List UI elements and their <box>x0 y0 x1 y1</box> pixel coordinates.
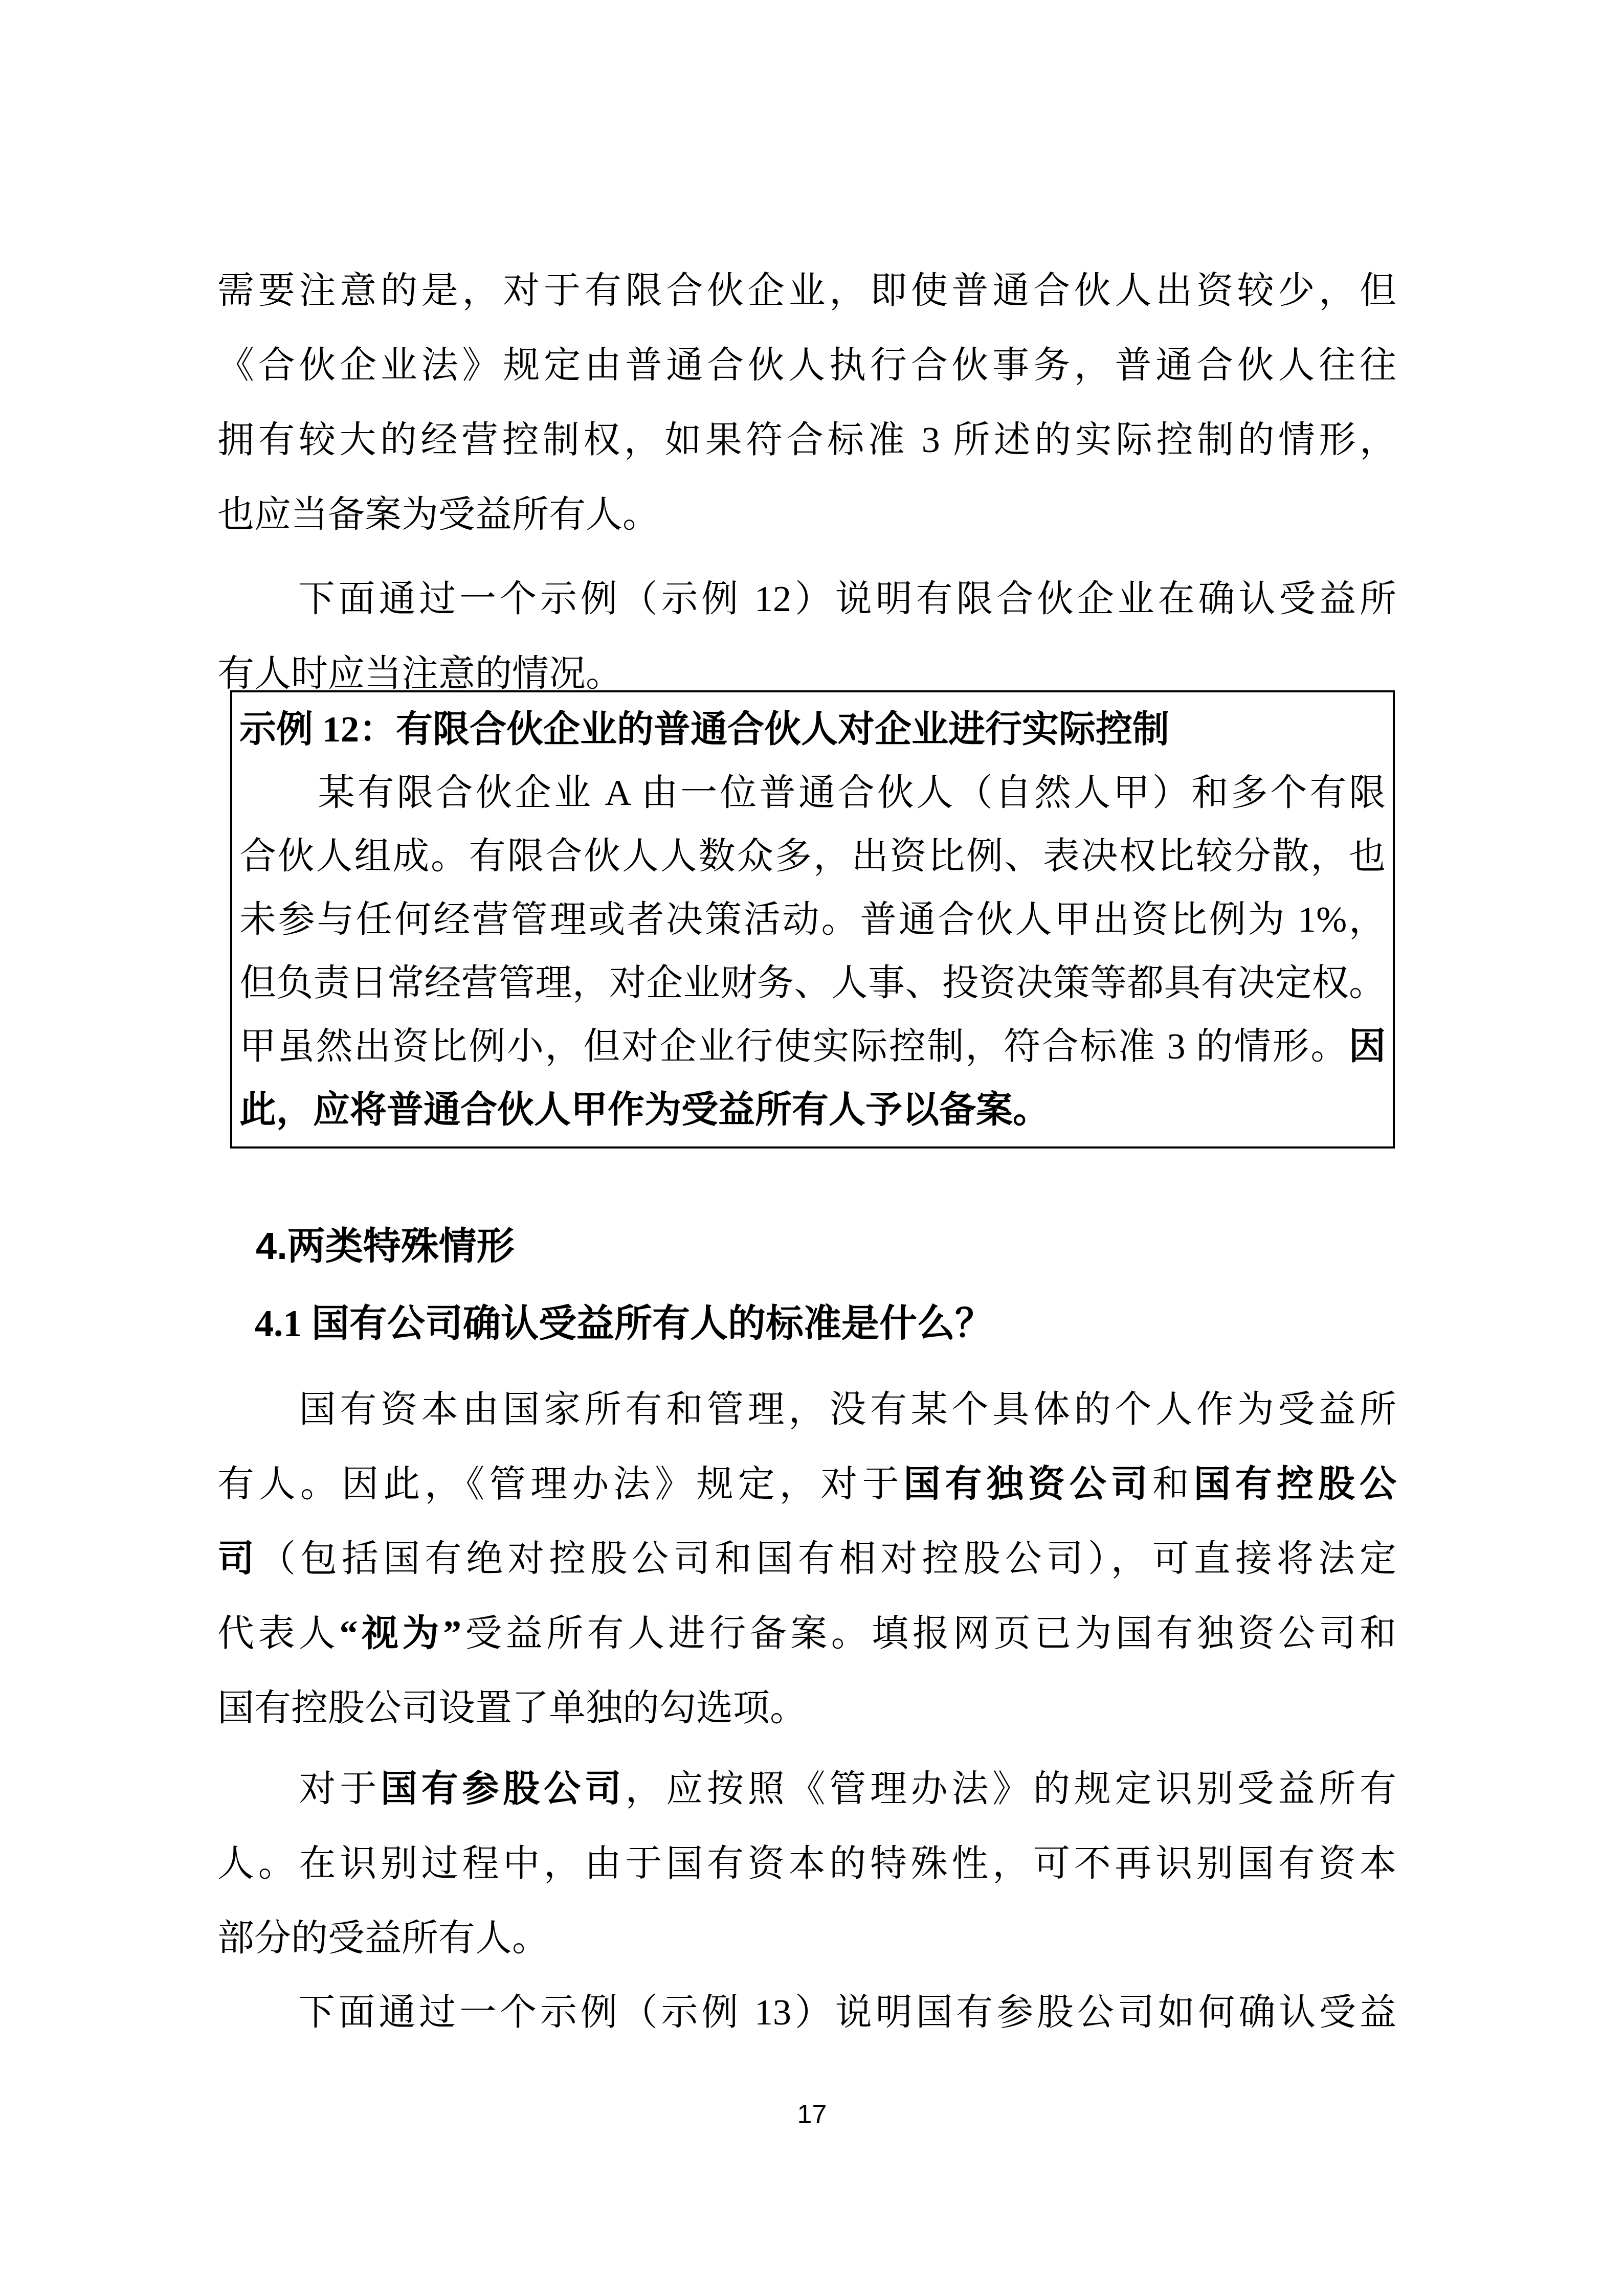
bold-text-run: “视为” <box>339 1613 461 1654</box>
text-run: 有人。因此，《管理办法》规定，对于 <box>217 1464 904 1504</box>
document-page: 需要注意的是，对于有限合伙企业，即使普通合伙人出资较少，但《合伙企业法》规定由普… <box>0 0 1624 2296</box>
text-line: 下面通过一个示例（示例 12）说明有限合伙企业在确认受益所 <box>217 561 1396 636</box>
text-run: （包括国有绝对控股公司和国有相对控股公司），可直接将法定 <box>259 1538 1396 1579</box>
bold-text-run: 国有参股公司 <box>381 1768 626 1809</box>
text-run: 合伙人组成。有限合伙人人数众多，出资比例、表决权比较分散，也 <box>239 836 1386 876</box>
text-line: 也应当备案为受益所有人。 <box>217 477 1396 552</box>
text-line: 拥有较大的经营控制权，如果符合标准 3 所述的实际控制的情形， <box>217 402 1396 477</box>
text-run: 需要注意的是，对于有限合伙企业，即使普通合伙人出资较少，但 <box>217 270 1396 311</box>
example-box-title: 示例 12：有限合伙企业的普通合伙人对企业进行实际控制 <box>239 697 1386 761</box>
bold-text-run: 国有独资公司 <box>904 1464 1152 1504</box>
bold-text-run: 因 <box>1349 1026 1386 1067</box>
text-run: 有人时应当注意的情况。 <box>217 653 622 694</box>
example-box-body: 某有限合伙企业 A 由一位普通合伙人（自然人甲）和多个有限合伙人组成。有限合伙人… <box>239 761 1386 1141</box>
text-run: 国有控股公司设置了单独的勾选项。 <box>217 1687 807 1728</box>
paragraph-example-13-intro: 下面通过一个示例（示例 13）说明国有参股公司如何确认受益 <box>217 1975 1396 2050</box>
text-line: 合伙人组成。有限合伙人人数众多，出资比例、表决权比较分散，也 <box>239 824 1386 888</box>
text-run: 但负责日常经营管理，对企业财务、人事、投资决策等都具有决定权。 <box>239 962 1386 1003</box>
text-line: 代表人“视为”受益所有人进行备案。填报网页已为国有独资公司和 <box>217 1596 1396 1671</box>
bold-text-run: 此，应将普通合伙人甲作为受益所有人予以备案。 <box>239 1089 1050 1130</box>
text-line: 对于国有参股公司，应按照《管理办法》的规定识别受益所有 <box>217 1751 1396 1826</box>
page-number: 17 <box>0 2099 1624 2130</box>
bold-text-run: 国有控股公 <box>1194 1464 1396 1504</box>
text-line: 司（包括国有绝对控股公司和国有相对控股公司），可直接将法定 <box>217 1521 1396 1596</box>
text-run: 未参与任何经营管理或者决策活动。普通合伙人甲出资比例为 1%， <box>239 899 1386 940</box>
paragraph-limited-partnership-note: 需要注意的是，对于有限合伙企业，即使普通合伙人出资较少，但《合伙企业法》规定由普… <box>217 253 1396 552</box>
text-line: 需要注意的是，对于有限合伙企业，即使普通合伙人出资较少，但 <box>217 253 1396 328</box>
text-run: ，应按照《管理办法》的规定识别受益所有 <box>626 1768 1396 1809</box>
text-run: 受益所有人进行备案。填报网页已为国有独资公司和 <box>461 1613 1396 1654</box>
text-run: 甲虽然出资比例小，但对企业行使实际控制，符合标准 3 的情形。 <box>239 1026 1349 1067</box>
text-line: 此，应将普通合伙人甲作为受益所有人予以备案。 <box>239 1078 1386 1141</box>
text-run: 下面通过一个示例（示例 13）说明国有参股公司如何确认受益 <box>217 1992 1396 2033</box>
text-line: 人。在识别过程中，由于国有资本的特殊性，可不再识别国有资本 <box>217 1826 1396 1901</box>
text-run: 某有限合伙企业 A 由一位普通合伙人（自然人甲）和多个有限 <box>239 772 1386 813</box>
text-line: 甲虽然出资比例小，但对企业行使实际控制，符合标准 3 的情形。因 <box>239 1015 1386 1078</box>
text-line: 《合伙企业法》规定由普通合伙人执行合伙事务，普通合伙人往往 <box>217 328 1396 402</box>
paragraph-example-12-intro: 下面通过一个示例（示例 12）说明有限合伙企业在确认受益所有人时应当注意的情况。 <box>217 561 1396 711</box>
text-run: 下面通过一个示例（示例 12）说明有限合伙企业在确认受益所 <box>217 578 1396 619</box>
text-run: 《合伙企业法》规定由普通合伙人执行合伙事务，普通合伙人往往 <box>217 345 1396 386</box>
text-line: 但负责日常经营管理，对企业财务、人事、投资决策等都具有决定权。 <box>239 951 1386 1015</box>
bold-text-run: 司 <box>217 1538 259 1579</box>
paragraph-state-owned-rule: 国有资本由国家所有和管理，没有某个具体的个人作为受益所有人。因此，《管理办法》规… <box>217 1372 1396 1745</box>
text-run: 和 <box>1152 1464 1194 1504</box>
text-run: 代表人 <box>217 1613 339 1654</box>
text-line: 未参与任何经营管理或者决策活动。普通合伙人甲出资比例为 1%， <box>239 888 1386 951</box>
text-run: 人。在识别过程中，由于国有资本的特殊性，可不再识别国有资本 <box>217 1843 1396 1884</box>
text-line: 某有限合伙企业 A 由一位普通合伙人（自然人甲）和多个有限 <box>239 761 1386 824</box>
text-run: 对于 <box>217 1768 381 1809</box>
text-line: 有人。因此，《管理办法》规定，对于国有独资公司和国有控股公 <box>217 1447 1396 1521</box>
text-run: 也应当备案为受益所有人。 <box>217 494 659 535</box>
text-run: 国有资本由国家所有和管理，没有某个具体的个人作为受益所 <box>217 1389 1396 1430</box>
text-line: 国有控股公司设置了单独的勾选项。 <box>217 1671 1396 1745</box>
text-line: 部分的受益所有人。 <box>217 1901 1396 1975</box>
text-run: 拥有较大的经营控制权，如果符合标准 3 所述的实际控制的情形， <box>217 419 1396 460</box>
paragraph-state-invested-rule: 对于国有参股公司，应按照《管理办法》的规定识别受益所有人。在识别过程中，由于国有… <box>217 1751 1396 1975</box>
example-box: 示例 12：有限合伙企业的普通合伙人对企业进行实际控制 某有限合伙企业 A 由一… <box>230 690 1395 1149</box>
text-line: 国有资本由国家所有和管理，没有某个具体的个人作为受益所 <box>217 1372 1396 1447</box>
section-heading: 4.两类特殊情形 <box>256 1218 515 1274</box>
text-line: 下面通过一个示例（示例 13）说明国有参股公司如何确认受益 <box>217 1975 1396 2050</box>
text-run: 部分的受益所有人。 <box>217 1918 549 1959</box>
subsection-heading: 4.1 国有公司确认受益所有人的标准是什么？ <box>255 1296 993 1352</box>
